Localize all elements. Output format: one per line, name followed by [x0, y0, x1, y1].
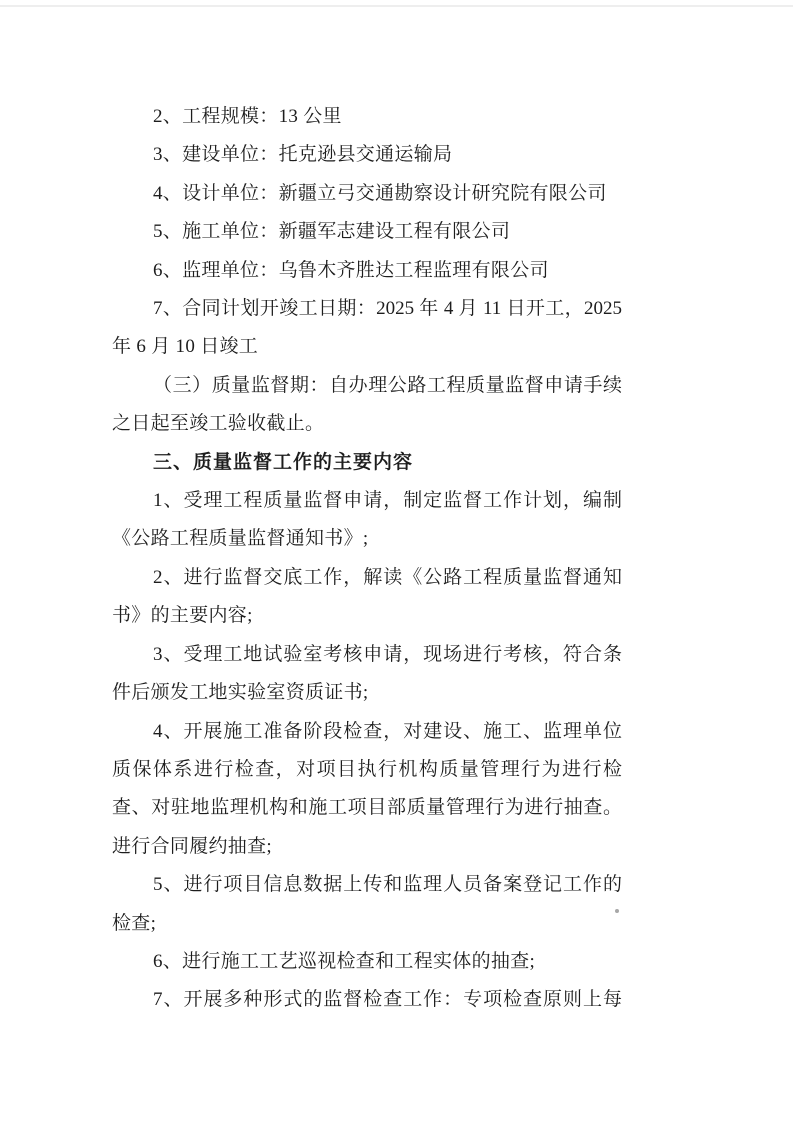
document-line: 3、受理工地试验室考核申请，现场进行考核，符合条	[112, 636, 622, 674]
document-line: 年 6 月 10 日竣工	[112, 328, 622, 366]
document-line: （三）质量监督期：自办理公路工程质量监督申请手续	[112, 367, 622, 405]
document-line: 质保体系进行检查，对项目执行机构质量管理行为进行检	[112, 751, 622, 789]
document-line: 4、开展施工准备阶段检查，对建设、施工、监理单位	[112, 713, 622, 751]
scanned-document-page: 2、工程规模：13 公里3、建设单位：托克逊县交通运输局4、设计单位：新疆立弓交…	[0, 0, 793, 1122]
document-line: 4、设计单位：新疆立弓交通勘察设计研究院有限公司	[112, 175, 622, 213]
document-line: 2、工程规模：13 公里	[112, 98, 622, 136]
scan-edge-artifact	[0, 5, 793, 7]
document-line: 2、进行监督交底工作，解读《公路工程质量监督通知	[112, 559, 622, 597]
document-line: 5、施工单位：新疆军志建设工程有限公司	[112, 213, 622, 251]
document-line: 件后颁发工地实验室资质证书;	[112, 674, 622, 712]
document-line: 7、合同计划开竣工日期：2025 年 4 月 11 日开工，2025	[112, 290, 622, 328]
document-line: 《公路工程质量监督通知书》;	[112, 520, 622, 558]
document-line: 检查;	[112, 905, 622, 943]
document-line: 之日起至竣工验收截止。	[112, 405, 622, 443]
document-line: 5、进行项目信息数据上传和监理人员备案登记工作的	[112, 866, 622, 904]
document-line: 3、建设单位：托克逊县交通运输局	[112, 136, 622, 174]
document-line: 7、开展多种形式的监督检查工作：专项检查原则上每	[112, 981, 622, 1019]
document-line: 6、监理单位：乌鲁木齐胜达工程监理有限公司	[112, 252, 622, 290]
document-text-block: 2、工程规模：13 公里3、建设单位：托克逊县交通运输局4、设计单位：新疆立弓交…	[112, 98, 622, 1020]
document-line: 进行合同履约抽查;	[112, 828, 622, 866]
document-line: 书》的主要内容;	[112, 597, 622, 635]
scan-speck-artifact	[615, 909, 619, 913]
document-line: 1、受理工程质量监督申请，制定监督工作计划，编制	[112, 482, 622, 520]
document-heading-line: 三、质量监督工作的主要内容	[112, 444, 622, 482]
document-line: 6、进行施工工艺巡视检查和工程实体的抽查;	[112, 943, 622, 981]
document-line: 查、对驻地监理机构和施工项目部质量管理行为进行抽查。	[112, 789, 622, 827]
